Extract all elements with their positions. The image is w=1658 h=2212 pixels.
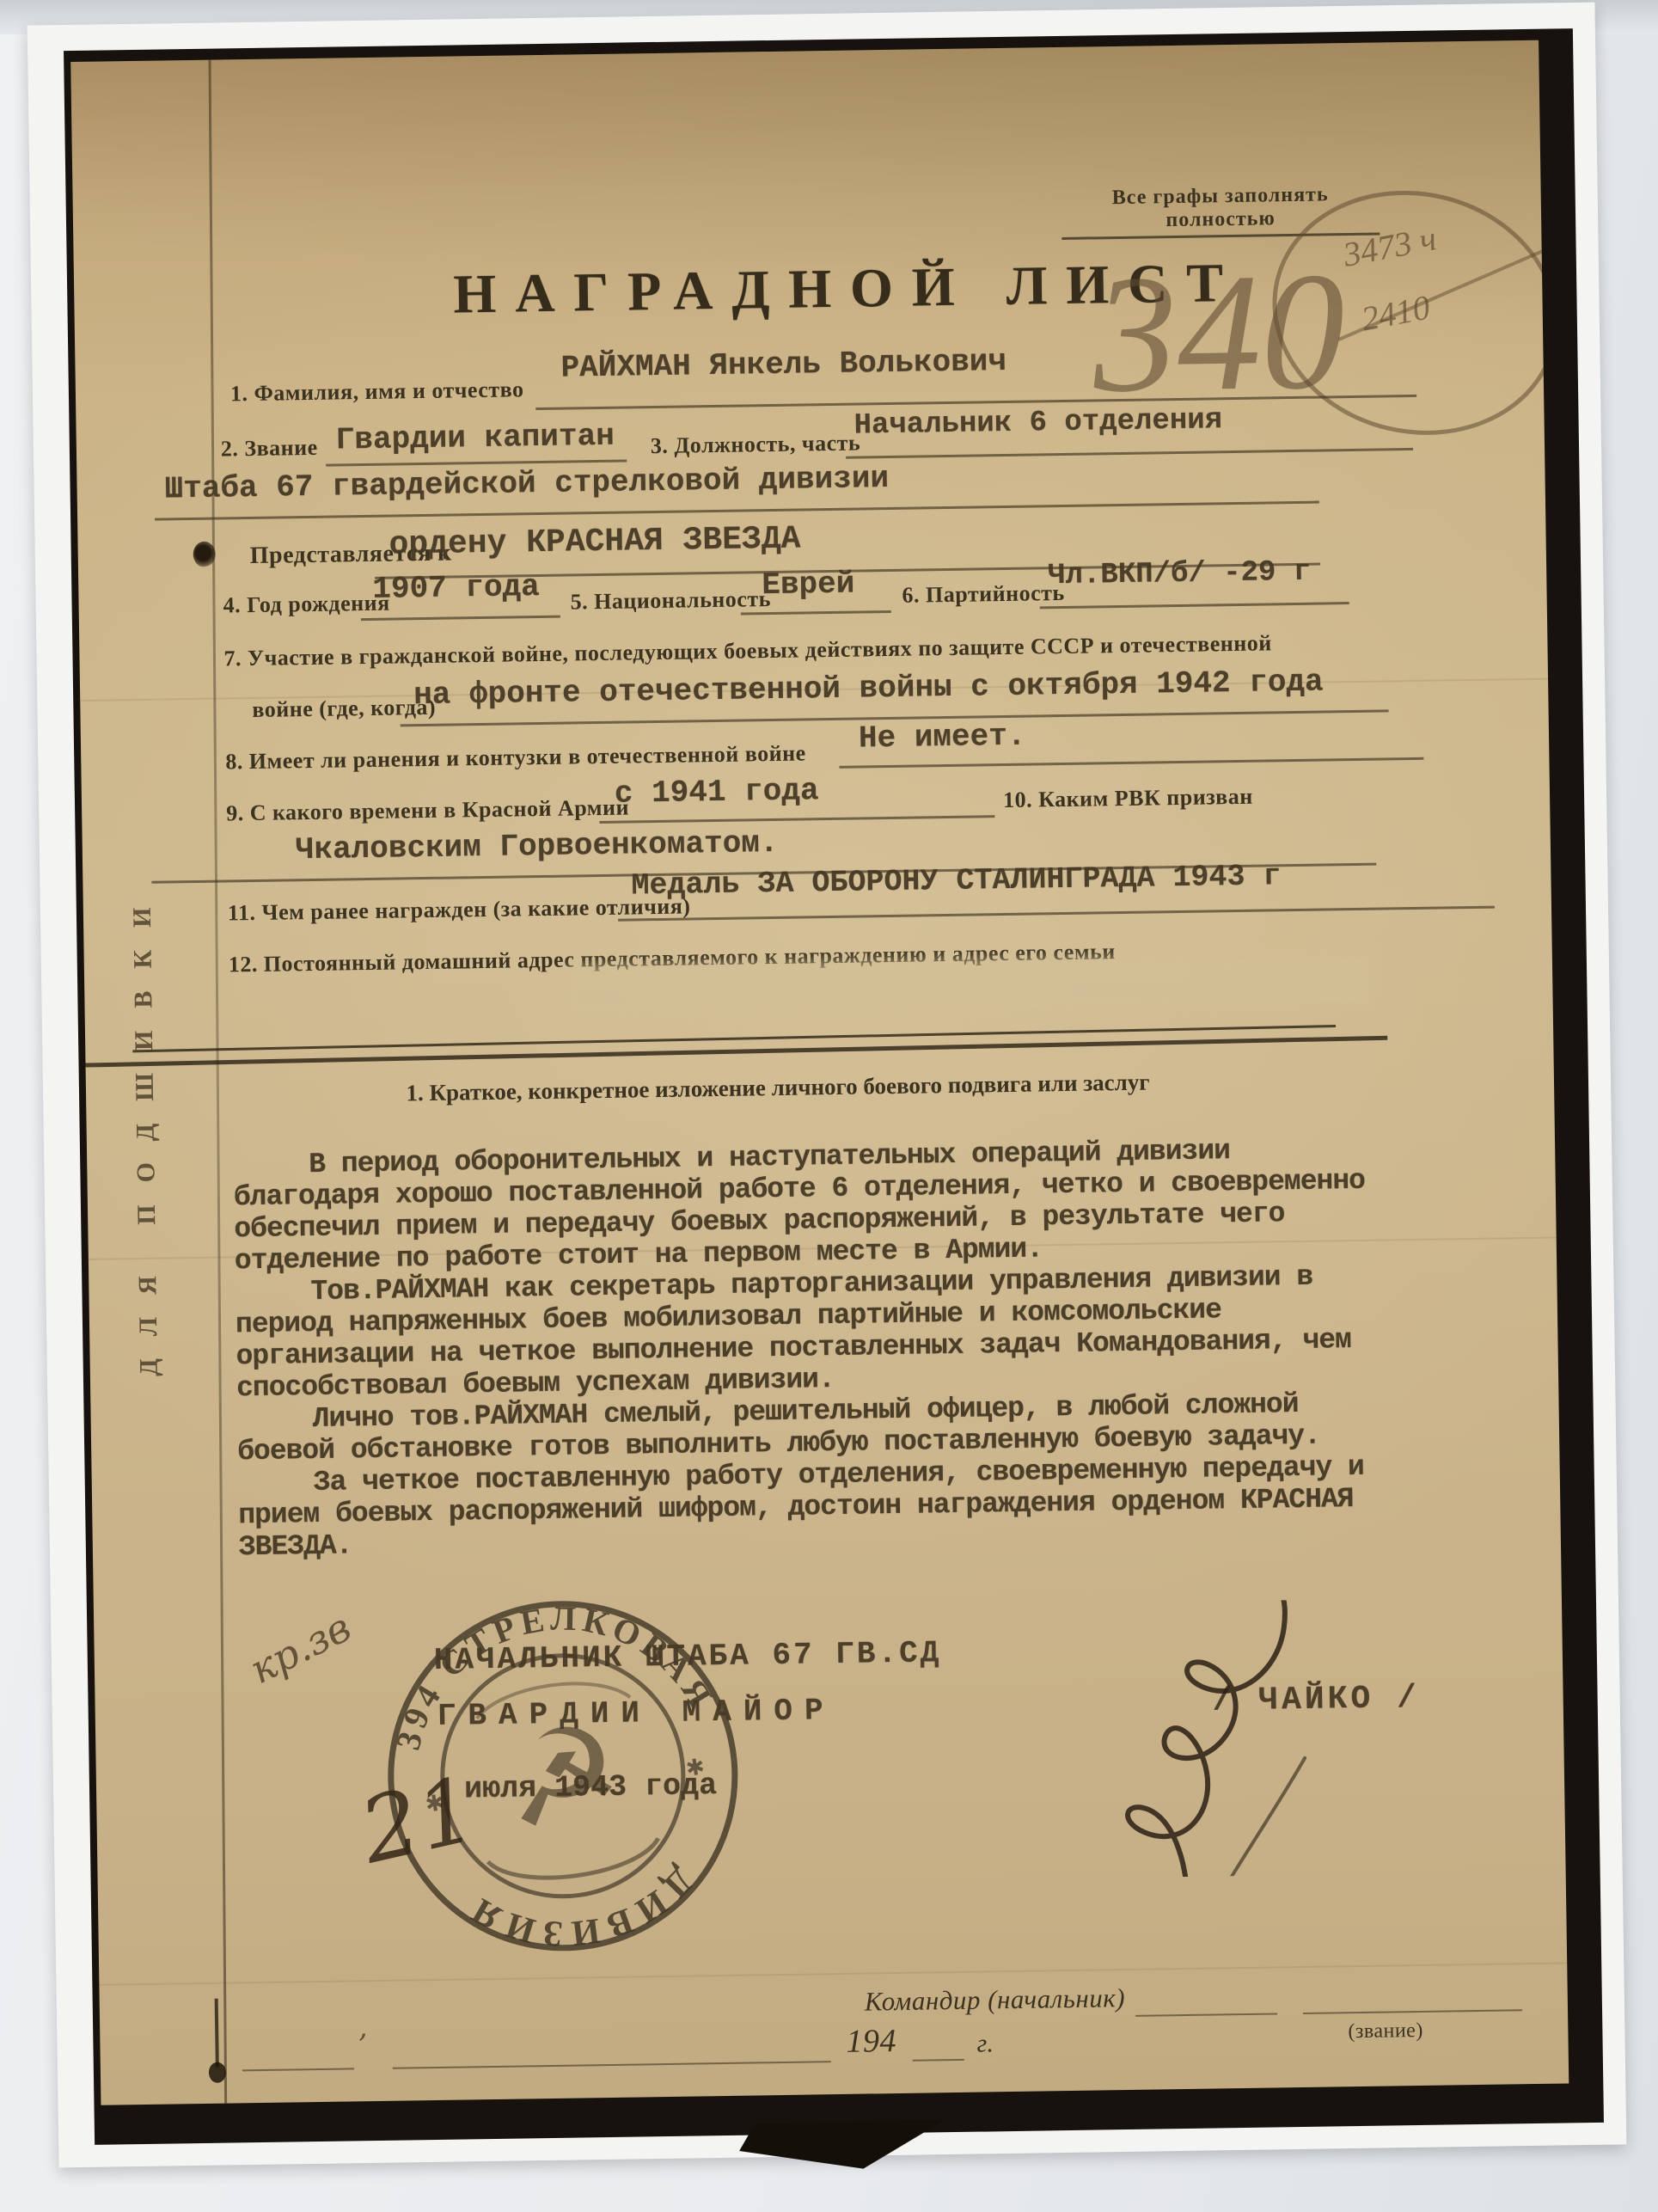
handwritten-award-note: кр.зв <box>242 1603 358 1693</box>
field-nationality-label: 5. Национальность <box>570 586 771 615</box>
field-rvk-value: Чкаловским Горвоенкоматом. <box>296 825 779 867</box>
field-war-label-1: 7. Участие в гражданской войне, последую… <box>223 630 1272 671</box>
handwritten-signature <box>1056 1597 1456 1878</box>
year-suffix: г. <box>976 2029 994 2058</box>
date-day-blank <box>242 2068 354 2071</box>
field-name-value: РАЙХМАН Янкель Волькович <box>560 344 1006 386</box>
photo-frame: ДЛЯ ПОДШИВКИ Все графы заполнять полност… <box>64 28 1604 2145</box>
field-rank-label: 2. Звание <box>221 435 318 463</box>
field-army-since-value: с 1941 года <box>615 773 819 812</box>
feat-description: В период оборонительных и наступательных… <box>233 1132 1395 1563</box>
date-quote-mark: ’ <box>358 2028 367 2062</box>
signer-position-2: ГВАРДИИ МАЙОР <box>437 1693 835 1734</box>
field-underline <box>618 906 1495 922</box>
signer-position-1: НАЧАЛЬНИК ШТАБА 67 ГВ.СД <box>434 1635 942 1678</box>
erased-address-smudge <box>566 953 1374 1020</box>
signature-date: июля 1943 года <box>464 1768 718 1806</box>
feat-paragraph: За четкое поставленную работу отделения,… <box>238 1450 1395 1563</box>
field-rank-value: Гвардии капитан <box>335 419 615 458</box>
field-duty-value-2: Штаба 67 гвардейской стрелковой дивизии <box>164 461 889 506</box>
field-prev-awards-value: Медаль ЗА ОБОРОНУ СТАЛИНГРАДА 1943 г <box>631 859 1282 903</box>
field-wounds-label: 8. Имеет ли ранения и контузки в отечест… <box>225 740 806 775</box>
separator-rule <box>85 1036 1387 1068</box>
date-month-blank <box>393 2061 831 2069</box>
feat-paragraph: Тов.РАЙХМАН как секретарь парторганизаци… <box>235 1259 1392 1404</box>
commander-label: Командир (начальник) <box>865 1982 1126 2017</box>
date-year-blank <box>913 2059 964 2062</box>
year-prefix: 194 <box>846 2022 896 2061</box>
separator-rule <box>132 1025 1336 1052</box>
punch-hole <box>193 542 216 567</box>
field-underline <box>361 616 560 621</box>
field-party-value: Чл.ВКП/б/ -29 г <box>1048 556 1312 593</box>
filing-margin-text: ДЛЯ ПОДШИВКИ <box>121 431 164 1376</box>
field-birthyear-value: 1907 года <box>372 569 540 607</box>
crease-line <box>99 1962 1567 1985</box>
ink-blot <box>208 1999 227 2093</box>
field-party-label: 6. Партийность <box>902 580 1065 609</box>
field-nationality-value: Еврей <box>762 567 855 604</box>
feat-section-heading: 1. Краткое, конкретное изложение личного… <box>284 1067 1272 1108</box>
field-name-label: 1. Фамилия, имя и отчество <box>230 377 524 407</box>
award-sheet: ДЛЯ ПОДШИВКИ Все графы заполнять полност… <box>70 40 1569 2105</box>
rank-blank <box>1303 2009 1522 2014</box>
field-duty-value-1: Начальник 6 отделения <box>853 404 1222 442</box>
fold-line <box>208 60 227 2104</box>
field-underline <box>1040 602 1349 609</box>
field-rvk-label: 10. Каким РВК призван <box>1003 784 1253 813</box>
feat-paragraph: В период оборонительных и наступательных… <box>233 1132 1391 1277</box>
field-war-label-2: войне (где, когда) <box>252 695 436 723</box>
signature-blank <box>1135 2013 1277 2016</box>
field-underline <box>599 815 994 824</box>
handwritten-number-small-bottom: 2410 <box>1358 287 1433 338</box>
field-war-value: на фронте отечественной войны с октября … <box>413 664 1324 713</box>
presented-value: ордену КРАСНАЯ ЗВЕЗДА <box>388 521 800 564</box>
field-wounds-value: Не имеет. <box>859 719 1026 757</box>
field-birthyear-label: 4. Год рождения <box>223 591 389 619</box>
field-duty-label: 3. Должность, часть <box>651 430 861 459</box>
field-underline <box>839 757 1423 769</box>
field-prev-awards-label: 11. Чем ранее награжден (за какие отличи… <box>228 893 691 926</box>
rank-caption: (звание) <box>1348 2019 1423 2043</box>
field-army-since-label: 9. С какого времени в Красной Армии <box>226 794 629 826</box>
document-scan: ДЛЯ ПОДШИВКИ Все графы заполнять полност… <box>0 0 1658 2212</box>
handwritten-number-small-top: 3473 ч <box>1339 218 1440 274</box>
